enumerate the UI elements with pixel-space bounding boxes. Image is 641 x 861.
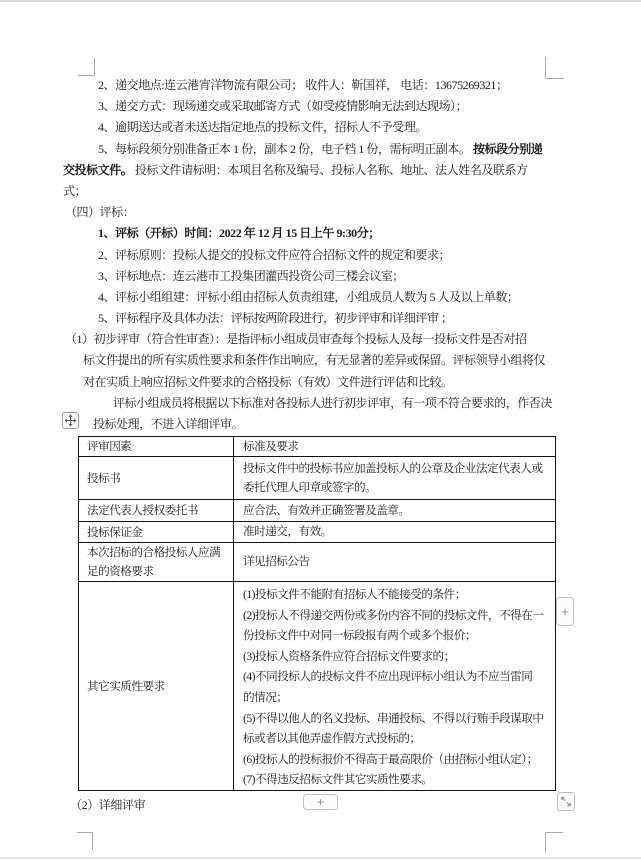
requirement-item: (6)投标人的投标报价不得高于最高限价（由招标小组认定）；: [243, 750, 550, 771]
requirement-item: (5)不得以他人的名义投标、串通投标、不得以行贿手段谋取中: [243, 709, 550, 730]
document-line: 2、评标原则：投标人提交的投标文件应符合招标文件的规定和要求；: [80, 245, 546, 266]
requirement-item: (1)投标文件不能附有招标人不能接受的条件；: [243, 585, 550, 606]
document-line: 4、逾期送达或者未送达指定地点的投标文件，招标人不予受理。: [80, 117, 546, 138]
factor-cell: 法定代表人授权委托书: [79, 500, 234, 521]
window-top-edge: [0, 0, 641, 2]
document-line: 评标小组成员将根据以下标准对各投标人进行初步评审，有一项不符合要求的，作否决: [80, 393, 546, 414]
text-run: 对在实质上响应招标文件要求的合格投标（有效）文件进行评估和比较。: [83, 375, 453, 389]
text-run: 式；: [63, 184, 86, 198]
factor-cell: 投标保证金: [79, 522, 234, 542]
document-line: 标文件提出的所有实质性要求和条件作出响应，有无显著的差异或保留。评标领导小组将仅: [83, 350, 546, 371]
text-run: 1、评标（开标）时间：2022 年 12 月 15 日上午 9:30分；: [98, 226, 380, 240]
requirement-cell: 准时递交，有效。: [234, 522, 555, 542]
document-line: 3、评标地点：连云港市工投集团灌西投资公司三楼会议室；: [80, 266, 546, 287]
header-cell-factor: 评审因素: [79, 437, 234, 456]
factor-cell: 本次招标的合格投标人应满足的资格要求: [79, 543, 234, 581]
plus-icon: +: [317, 795, 324, 809]
document-line: 2、递交地点:连云港宵洋物流有限公司； 收件人：靳国祥， 电话：13675269…: [80, 75, 546, 96]
requirement-cell: (1)投标文件不能附有招标人不能接受的条件； (2)投标人不得递交两份或多份内容…: [234, 582, 555, 790]
move-arrows-icon: [64, 414, 77, 427]
insert-column-button[interactable]: +: [556, 597, 574, 626]
requirement-item: (2)投标人不得递交两份或多份内容不同的投标文件，不得在一: [243, 606, 550, 627]
text-run: 标文件提出的所有实质性要求和条件作出响应，有无显著的差异或保留。评标领导小组将仅: [83, 353, 545, 367]
text-run: 5、每标段须分别准备正本 1 份，副本 2 份，电子档 1 份，需标明正副本。: [98, 142, 470, 156]
table-row: 投标保证金 准时递交，有效。: [79, 522, 555, 543]
document-line: 1、评标（开标）时间：2022 年 12 月 15 日上午 9:30分；: [80, 223, 546, 244]
requirement-item: (3)投标人资格条件应符合招标文件要求的；: [243, 647, 550, 668]
text-run: 投标处理，不进入详细评审。: [93, 417, 243, 431]
document-line: 式；: [63, 181, 546, 202]
text-run: 交投标文件。: [63, 163, 132, 177]
text-run: 2、递交地点:连云港宵洋物流有限公司； 收件人：靳国祥， 电话：13675269…: [98, 78, 508, 92]
table-move-handle[interactable]: [62, 412, 79, 429]
table-row: 投标书 投标文件中的投标书应加盖投标人的公章及企业法定代表人或委托代理人印章或签…: [79, 457, 555, 500]
requirement-item: 标或者以其他弄虚作假方式投标的；: [243, 729, 550, 750]
factor-cell: 投标书: [79, 457, 234, 499]
text-run: （1）初步评审（符合性审查）：是指评标小组成员审查每个投标人及每一投标文件是否对…: [65, 332, 527, 346]
text-run: 2、评标原则：投标人提交的投标文件应符合招标文件的规定和要求；: [98, 248, 450, 262]
text-run: 5、评标程序及具体办法：评标按两阶段进行，初步评审和详细评审 ；: [98, 311, 453, 325]
document-line: （1）初步评审（符合性审查）：是指评标小组成员审查每个投标人及每一投标文件是否对…: [65, 329, 546, 350]
header-cell-requirement: 标准及要求: [234, 437, 555, 456]
detailed-review-heading: （2）详细评审: [70, 796, 145, 814]
requirement-cell: 详见招标公告: [234, 543, 555, 581]
text-run: 按标段分别递: [473, 142, 542, 156]
requirement-item: (4)不同投标人的投标文件不应出现评标小组认为不应当雷同: [243, 667, 550, 688]
factor-cell: 其它实质性要求: [79, 582, 234, 790]
table-row: 本次招标的合格投标人应满足的资格要求 详见招标公告: [79, 543, 555, 582]
document-line: 4、评标小组组建：评标小组由招标人负责组建，小组成员人数为 5 人及以上单数；: [80, 287, 546, 308]
document-line: （四）评标：: [65, 202, 546, 223]
requirement-item: (7)不得违反招标文件其它实质性要求。: [243, 770, 550, 791]
page-bottom-edge: [0, 857, 641, 859]
document-line: 5、评标程序及具体办法：评标按两阶段进行，初步评审和详细评审 ；: [80, 308, 546, 329]
document-line: 5、每标段须分别准备正本 1 份，副本 2 份，电子档 1 份，需标明正副本。 …: [80, 139, 546, 160]
text-run: 4、逾期送达或者未送达指定地点的投标文件，招标人不予受理。: [98, 120, 427, 134]
table-header-row: 评审因素 标准及要求: [79, 437, 555, 457]
table-resize-handle[interactable]: [557, 792, 575, 811]
evaluation-criteria-table: 评审因素 标准及要求 投标书 投标文件中的投标书应加盖投标人的公章及企业法定代表…: [78, 436, 556, 791]
plus-icon: +: [561, 604, 569, 619]
diagonal-resize-icon: [560, 795, 572, 808]
text-run: 3、递交方式：现场递交或采取邮寄方式（如受疫情影响无法到达现场）；: [98, 99, 467, 113]
text-run: 3、评标地点：连云港市工投集团灌西投资公司三楼会议室；: [98, 269, 404, 283]
text-run: （四）评标：: [65, 205, 134, 219]
table-row: 其它实质性要求 (1)投标文件不能附有招标人不能接受的条件； (2)投标人不得递…: [79, 582, 555, 790]
text-run: 评标小组成员将根据以下标准对各投标人进行初步评审，有一项不符合要求的，作否决: [113, 396, 552, 410]
insert-row-button[interactable]: +: [303, 794, 338, 810]
text-run: 投标文件请标明：本项目名称及编号、投标人名称、地址、法人姓名及联系方: [135, 163, 528, 177]
document-line: 投标处理，不进入详细评审。: [80, 414, 546, 435]
document-line: 对在实质上响应招标文件要求的合格投标（有效）文件进行评估和比较。: [83, 372, 546, 393]
document-line: 3、递交方式：现场递交或采取邮寄方式（如受疫情影响无法到达现场）；: [80, 96, 546, 117]
document-line: 交投标文件。 投标文件请标明：本项目名称及编号、投标人名称、地址、法人姓名及联系…: [63, 160, 546, 181]
text-run: 4、评标小组组建：评标小组由招标人负责组建，小组成员人数为 5 人及以上单数；: [98, 290, 518, 304]
document-body: 2、递交地点:连云港宵洋物流有限公司； 收件人：靳国祥， 电话：13675269…: [80, 75, 546, 435]
requirement-item: 份投标文件中对同一标段报有两个或多个报价；: [243, 626, 550, 647]
table-row: 法定代表人授权委托书 应合法、有效并正确签署及盖章。: [79, 500, 555, 522]
requirement-cell: 应合法、有效并正确签署及盖章。: [234, 500, 555, 521]
requirement-cell: 投标文件中的投标书应加盖投标人的公章及企业法定代表人或委托代理人印章或签字的。: [234, 457, 555, 499]
requirement-item: 的情况；: [243, 688, 550, 709]
